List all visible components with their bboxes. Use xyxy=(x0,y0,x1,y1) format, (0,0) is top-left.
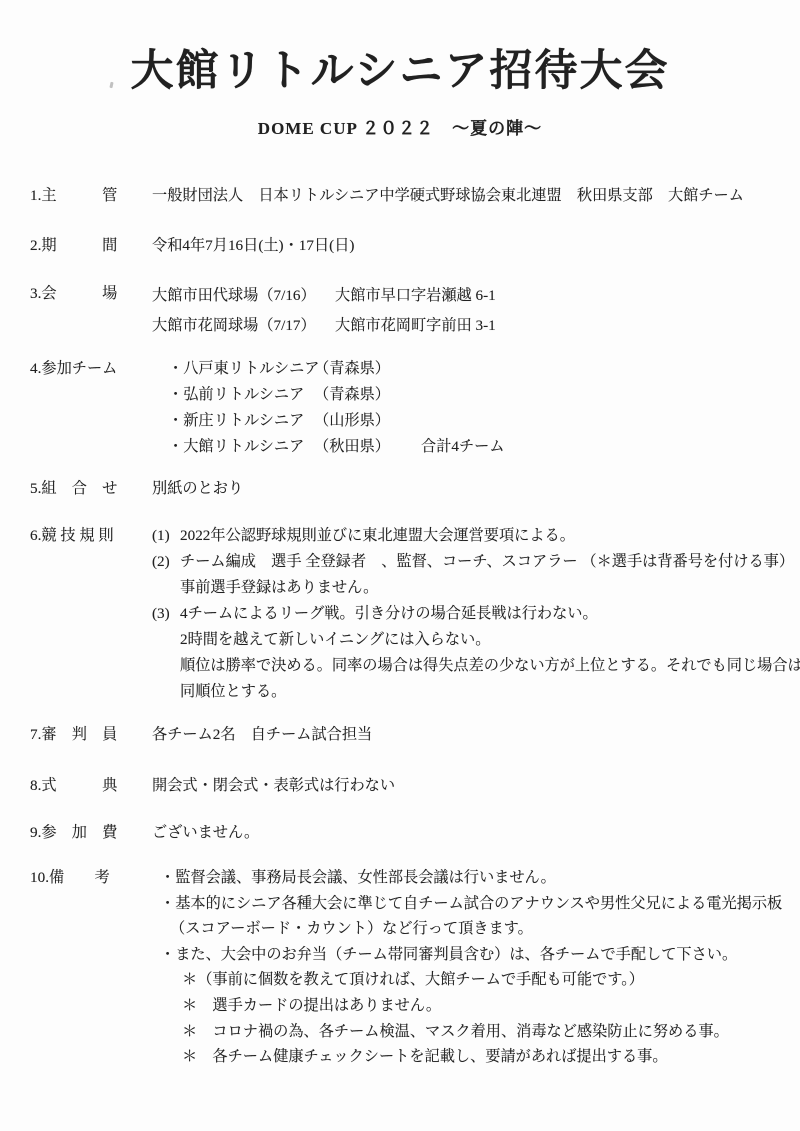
section-ceremonies-label: 8.式 典 xyxy=(30,773,152,799)
scanned-document-page: 大館リトルシニア招待大会 DOME CUP ２０２２ ～夏の陣～ 1.主 管 一… xyxy=(0,0,800,1131)
section-ceremonies: 8.式 典 開会式・閉会式・表彰式は行わない xyxy=(30,773,770,799)
rule-row: 同順位とする。 xyxy=(152,679,770,705)
section-fee: 9.参 加 費 ございません。 xyxy=(30,820,770,846)
rule-3-cont-2: 順位は勝率で決める。同率の場合は得失点差の少ない方が上位とする。それでも同じ場合… xyxy=(180,653,800,679)
rule-1-num: (1) xyxy=(152,523,180,549)
section-dates-text: 令和4年7月16日(土)・17日(日) xyxy=(152,233,770,259)
section-teams-label: 4.参加チーム xyxy=(30,356,152,460)
section-organizer-label: 1.主 管 xyxy=(30,183,152,209)
section-umpires: 7.審 判 員 各チーム2名 自チーム試合担当 xyxy=(30,722,770,748)
remark-line-3: （スコアーボード・カウント）など行って頂きます。 xyxy=(152,916,770,942)
team-pref-2: （青森県） xyxy=(314,382,421,408)
page-title: 大館リトルシニア招待大会 xyxy=(30,0,770,97)
rule-3-cont-1: 2時間を越えて新しいイニングには入らない。 xyxy=(180,627,490,653)
section-dates-label: 2.期 間 xyxy=(30,233,152,259)
rule-3-cont-3: 同順位とする。 xyxy=(180,679,286,705)
team-row: ・弘前リトルシニア （青森県） xyxy=(152,382,770,408)
section-umpires-text: 各チーム2名 自チーム試合担当 xyxy=(152,722,770,748)
venue-name-1: 大館市田代球場（7/16） xyxy=(152,281,335,311)
section-venues-label: 3.会 場 xyxy=(30,281,152,341)
venue-row: 大館市田代球場（7/16） 大館市早口字岩瀬越 6-1 xyxy=(152,281,770,311)
section-organizer: 1.主 管 一般財団法人 日本リトルシニア中学硬式野球協会東北連盟 秋田県支部 … xyxy=(30,183,770,209)
section-fee-text: ございません。 xyxy=(152,820,770,846)
rule-row: (3) 4チームによるリーグ戦。引き分けの場合延長戦は行わない。 xyxy=(152,601,770,627)
section-teams: 4.参加チーム ・八戸東リトルシニア （青森県） ・弘前リトルシニア （青森県）… xyxy=(30,356,770,460)
section-pairings-text: 別紙のとおり xyxy=(152,476,770,502)
section-rules-label: 6.競 技 規 則 xyxy=(30,523,152,705)
team-name-4: ・大館リトルシニア xyxy=(168,434,314,460)
team-row: ・大館リトルシニア （秋田県） 合計4チーム xyxy=(152,434,770,460)
section-ceremonies-text: 開会式・閉会式・表彰式は行わない xyxy=(152,773,770,799)
remark-line-5: ＊（事前に個数を教えて頂ければ、大館チームで手配も可能です。） xyxy=(152,967,770,993)
section-remarks-label: 10.備 考 xyxy=(30,865,152,1070)
remark-line-6: ＊ 選手カードの提出はありません。 xyxy=(152,993,770,1019)
team-row: ・新庄リトルシニア （山形県） xyxy=(152,408,770,434)
rule-1-text: 2022年公認野球規則並びに東北連盟大会運営要項による。 xyxy=(180,523,575,549)
team-pref-3: （山形県） xyxy=(314,408,421,434)
section-organizer-text: 一般財団法人 日本リトルシニア中学硬式野球協会東北連盟 秋田県支部 大館チーム xyxy=(152,183,770,209)
venue-row: 大館市花岡球場（7/17） 大館市花岡町字前田 3-1 xyxy=(152,311,770,341)
section-venues: 3.会 場 大館市田代球場（7/16） 大館市早口字岩瀬越 6-1 大館市花岡球… xyxy=(30,281,770,341)
team-name-3: ・新庄リトルシニア xyxy=(168,408,314,434)
page-subtitle: DOME CUP ２０２２ ～夏の陣～ xyxy=(30,117,770,141)
section-umpires-label: 7.審 判 員 xyxy=(30,722,152,748)
rule-2-num: (2) xyxy=(152,549,180,575)
remark-line-2: ・基本的にシニア各種大会に準じて自チーム試合のアナウンスや男性父兄による電光掲示… xyxy=(152,891,770,917)
team-row: ・八戸東リトルシニア （青森県） xyxy=(152,356,770,382)
venue-address-2: 大館市花岡町字前田 3-1 xyxy=(335,311,496,341)
rule-3-num: (3) xyxy=(152,601,180,627)
section-pairings-label: 5.組 合 せ xyxy=(30,476,152,502)
remark-line-8: ＊ 各チーム健康チェックシートを記載し、要請があれば提出する事。 xyxy=(152,1044,770,1070)
section-fee-label: 9.参 加 費 xyxy=(30,820,152,846)
section-pairings: 5.組 合 せ 別紙のとおり xyxy=(30,476,770,502)
rule-2-cont: 事前選手登録はありません。 xyxy=(180,575,378,601)
team-pref-1: （青森県） xyxy=(314,356,421,382)
rule-2-text: チーム編成 選手 全登録者 、監督、コーチ、スコアラー （＊選手は背番号を付ける… xyxy=(180,549,794,575)
team-name-2: ・弘前リトルシニア xyxy=(168,382,314,408)
rule-row: 事前選手登録はありません。 xyxy=(152,575,770,601)
remark-line-1: ・監督会議、事務局長会議、女性部長会議は行いません。 xyxy=(152,865,770,891)
team-total: 合計4チーム xyxy=(421,434,505,460)
remark-line-7: ＊ コロナ禍の為、各チーム検温、マスク着用、消毒など感染防止に努める事。 xyxy=(152,1019,770,1045)
rule-row: (1) 2022年公認野球規則並びに東北連盟大会運営要項による。 xyxy=(152,523,770,549)
rule-row: 順位は勝率で決める。同率の場合は得失点差の少ない方が上位とする。それでも同じ場合… xyxy=(152,653,770,679)
venue-name-2: 大館市花岡球場（7/17） xyxy=(152,311,335,341)
section-remarks: 10.備 考 ・監督会議、事務局長会議、女性部長会議は行いません。 ・基本的にシ… xyxy=(30,865,770,1070)
remark-line-4: ・また、大会中のお弁当（チーム帯同審判員含む）は、各チームで手配して下さい。 xyxy=(152,942,770,968)
rule-3-text: 4チームによるリーグ戦。引き分けの場合延長戦は行わない。 xyxy=(180,601,598,627)
rule-row: 2時間を越えて新しいイニングには入らない。 xyxy=(152,627,770,653)
team-pref-4: （秋田県） xyxy=(314,434,421,460)
team-name-1: ・八戸東リトルシニア xyxy=(168,356,314,382)
section-dates: 2.期 間 令和4年7月16日(土)・17日(日) xyxy=(30,233,770,259)
venue-address-1: 大館市早口字岩瀬越 6-1 xyxy=(335,281,496,311)
section-rules: 6.競 技 規 則 (1) 2022年公認野球規則並びに東北連盟大会運営要項によ… xyxy=(30,523,770,705)
rule-row: (2) チーム編成 選手 全登録者 、監督、コーチ、スコアラー （＊選手は背番号… xyxy=(152,549,770,575)
